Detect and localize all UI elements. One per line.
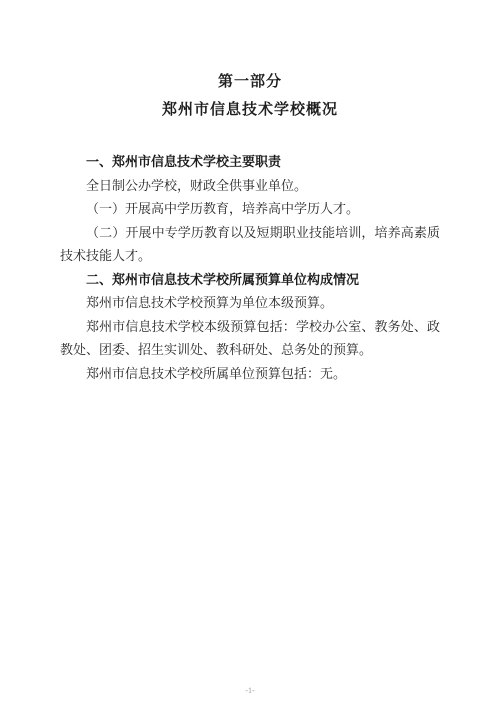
section-1-heading: 一、郑州市信息技术学校主要职责 [60,150,440,174]
page-number: -1- [0,686,500,696]
section-1: 一、郑州市信息技术学校主要职责 全日制公办学校，财政全供事业单位。 （一）开展高… [60,150,440,268]
document-body: 一、郑州市信息技术学校主要职责 全日制公办学校，财政全供事业单位。 （一）开展高… [60,150,440,385]
paragraph: 郑州市信息技术学校预算为单位本级预算。 [60,291,440,315]
paragraph: （二）开展中专学历教育以及短期职业技能培训，培养高素质技术技能人才。 [60,221,440,268]
section-2-heading: 二、郑州市信息技术学校所属预算单位构成情况 [60,268,440,292]
doc-title: 第一部分 [0,68,500,96]
document-page: 第一部分 郑州市信息技术学校概况 一、郑州市信息技术学校主要职责 全日制公办学校… [0,0,500,708]
paragraph: 郑州市信息技术学校所属单位预算包括：无。 [60,362,440,386]
paragraph: 郑州市信息技术学校本级预算包括：学校办公室、教务处、政教处、团委、招生实训处、教… [60,315,440,362]
doc-subtitle: 郑州市信息技术学校概况 [0,96,500,124]
section-2: 二、郑州市信息技术学校所属预算单位构成情况 郑州市信息技术学校预算为单位本级预算… [60,268,440,386]
paragraph: 全日制公办学校，财政全供事业单位。 [60,174,440,198]
paragraph: （一）开展高中学历教育，培养高中学历人才。 [60,197,440,221]
title-block: 第一部分 郑州市信息技术学校概况 [0,0,500,124]
